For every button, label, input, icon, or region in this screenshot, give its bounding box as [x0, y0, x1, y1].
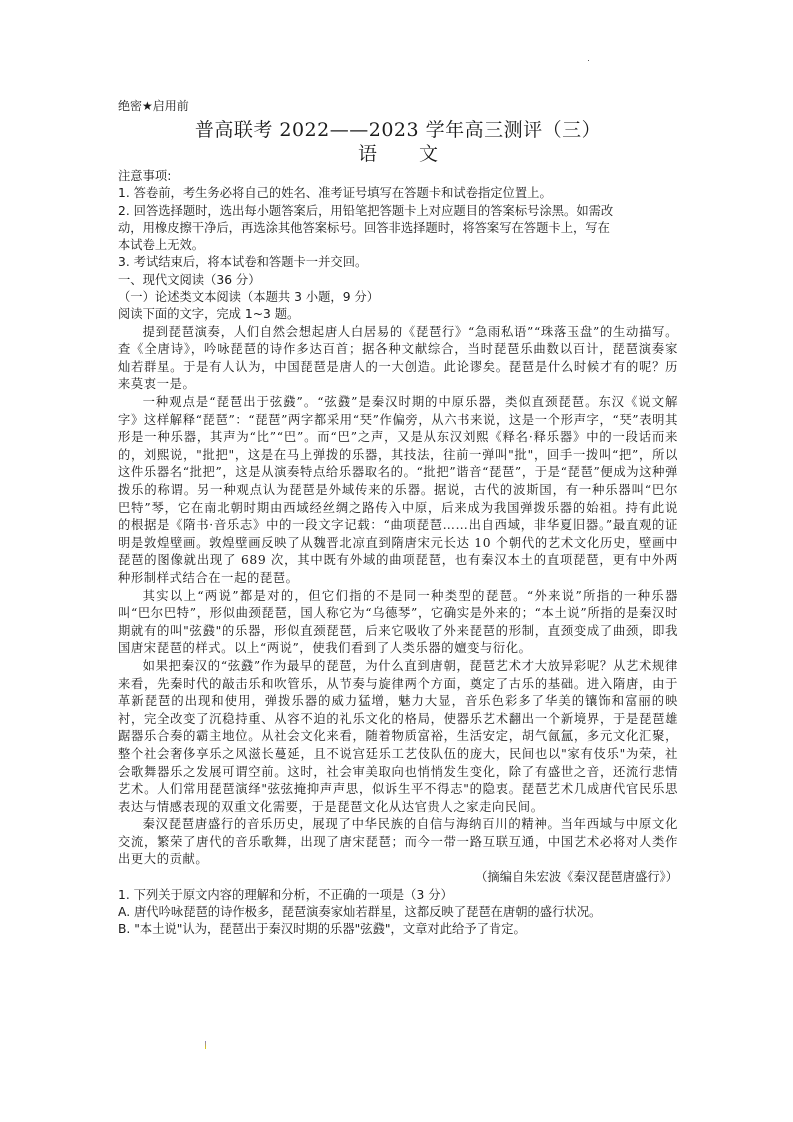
- note-item: 1. 答卷前，考生务必将自己的姓名、准考证号填写在答题卡和试卷指定位置上。: [118, 185, 678, 202]
- passage-paragraph: 如果把秦汉的“弦鼗”作为最早的琵琶，为什么直到唐朝，琵琶艺术才大放异彩呢？从艺术…: [118, 658, 678, 816]
- note-item: 动，用橡皮擦干净后，再选涂其他答案标号。回答非选择题时，将答案写在答题卡上，写在: [118, 220, 678, 237]
- passage-paragraph: 其实以上“两说”都是对的，但它们指的不是同一种类型的琵琶。“外来说”所指的一种乐…: [118, 588, 678, 658]
- question-1: 1. 下列关于原文内容的理解和分析，不正确的一项是（3 分） A. 唐代吟咏琵琶…: [118, 887, 678, 939]
- question-option-a: A. 唐代吟咏琵琶的诗作极多，琵琶演奏家灿若群星，这都反映了琵琶在唐朝的盛行状况…: [118, 904, 678, 921]
- question-stem: 1. 下列关于原文内容的理解和分析，不正确的一项是（3 分）: [118, 887, 678, 904]
- notes-heading: 注意事项:: [118, 168, 678, 185]
- note-item: 本试卷上无效。: [118, 237, 678, 254]
- note-item: 2. 回答选择题时，选出每小题答案后，用铅笔把答题卡上对应题目的答案标号涂黑。如…: [118, 203, 678, 220]
- question-option-b: B. "本土说"认为，琵琶出于秦汉时期的乐器"弦鼗"，文章对此给予了肯定。: [118, 921, 678, 938]
- passage-paragraph: 秦汉琵琶唐盛行的音乐历史，展现了中华民族的自信与海纳百川的精神。当年西域与中原文…: [118, 816, 678, 869]
- passage-source: （摘编自朱宏波《秦汉琵琶唐盛行》）: [118, 869, 678, 887]
- section-heading: 一、现代文阅读（36 分）: [118, 272, 678, 289]
- exam-title: 普高联考 2022——2023 学年高三测评（三）: [118, 118, 678, 142]
- notes-section: 注意事项: 1. 答卷前，考生务必将自己的姓名、准考证号填写在答题卡和试卷指定位…: [118, 168, 678, 272]
- note-item: 3. 考试结束后，将本试卷和答题卡一并交回。: [118, 254, 678, 271]
- section-header: 一、现代文阅读（36 分） （一）论述类文本阅读（本题共 3 小题，9 分） 阅…: [118, 272, 678, 324]
- passage-paragraph: 一种观点是“琵琶出于弦鼗”。“弦鼗”是秦汉时期的中原乐器，类似直颈琵琶。东汉《说…: [118, 394, 678, 588]
- subject-title: 语 文: [136, 142, 678, 166]
- scan-mark: [205, 1041, 206, 1049]
- scan-speck: [588, 60, 589, 61]
- reading-instruction: 阅读下面的文字，完成 1~3 题。: [118, 306, 678, 323]
- section-subheading: （一）论述类文本阅读（本题共 3 小题，9 分）: [118, 289, 678, 306]
- reading-passage: 提到琵琶演奏，人们自然会想起唐人白居易的《琵琶行》“急雨私语”“珠落玉盘”的生动…: [118, 324, 678, 887]
- confidential-label: 绝密★启用前: [118, 98, 678, 115]
- passage-paragraph: 提到琵琶演奏，人们自然会想起唐人白居易的《琵琶行》“急雨私语”“珠落玉盘”的生动…: [118, 324, 678, 394]
- exam-page: 绝密★启用前 普高联考 2022——2023 学年高三测评（三） 语 文 注意事…: [118, 98, 678, 939]
